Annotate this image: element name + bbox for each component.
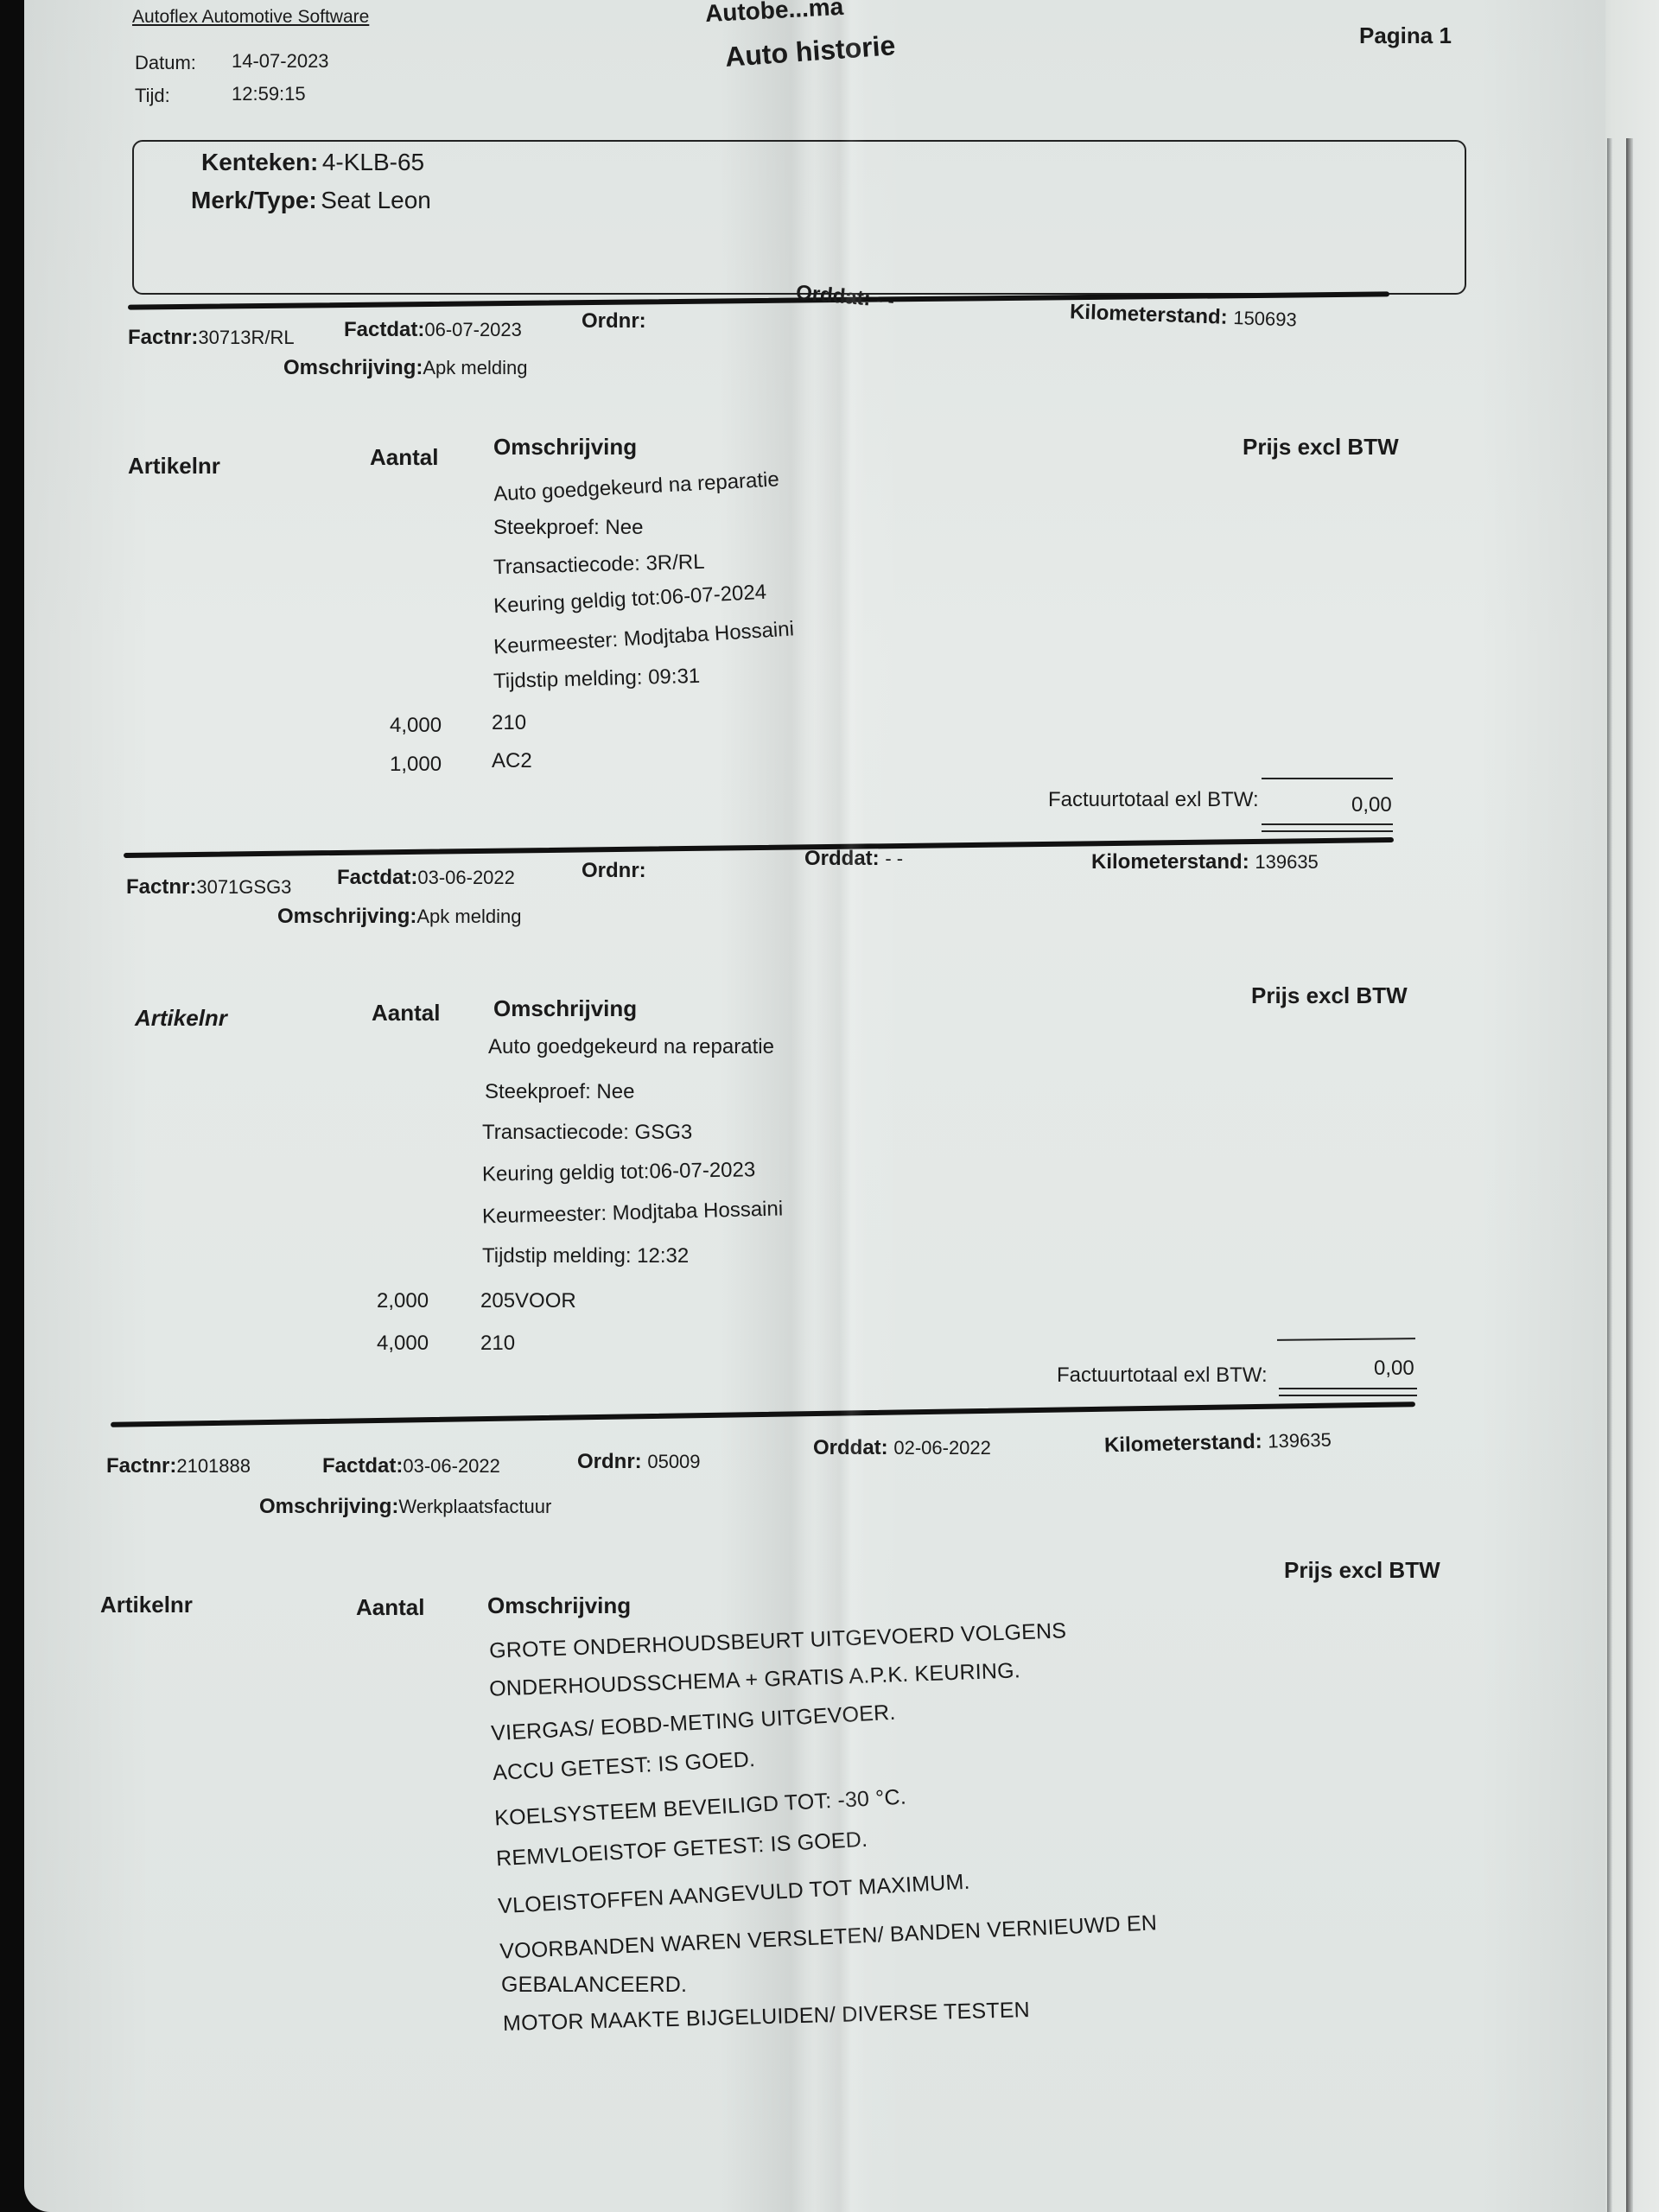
col-aantal: Aantal	[356, 1594, 424, 1621]
kenteken-label: Kenteken:	[201, 149, 318, 175]
description-line: Keuring geldig tot:06-07-2023	[482, 1158, 756, 1187]
description-line: Auto goedgekeurd na reparatie	[493, 467, 779, 506]
factnr-value: 3071GSG3	[196, 876, 291, 898]
item-omschrijving: 210	[492, 711, 526, 735]
paper-edge	[1626, 138, 1633, 2212]
total-double-line	[1262, 830, 1393, 832]
factuurtotaal-value: 0,00	[1374, 1357, 1414, 1381]
kilometerstand-label: Kilometerstand:	[1091, 850, 1249, 874]
page-number: Pagina 1	[1359, 22, 1452, 49]
subtotal-line	[1277, 1338, 1415, 1341]
factdat-value: 06-07-2023	[424, 319, 522, 340]
ordnr-field: Ordnr: 05009	[577, 1450, 701, 1474]
factnr-field: Factnr:2101888	[106, 1454, 251, 1478]
omschrijving-label: Omschrijving:	[283, 356, 423, 379]
merktype-row: Merk/Type: Seat Leon	[191, 187, 431, 214]
tijd-value: 12:59:15	[232, 83, 306, 105]
col-artikelnr: Artikelnr	[128, 453, 220, 480]
omschrijving-label: Omschrijving:	[259, 1495, 398, 1518]
total-double-line	[1279, 1395, 1417, 1396]
subtotal-line	[1262, 778, 1393, 779]
kilometerstand-label: Kilometerstand:	[1104, 1430, 1262, 1458]
factdat-label: Factdat:	[322, 1454, 403, 1478]
description-line: Auto goedgekeurd na reparatie	[488, 1035, 774, 1059]
description-line: VLOEISTOFFEN AANGEVULD TOT MAXIMUM.	[498, 1870, 971, 1920]
ordnr-label: Ordnr:	[582, 309, 646, 334]
report-title: Auto historie	[724, 29, 896, 73]
item-omschrijving: AC2	[492, 749, 532, 773]
merktype-value: Seat Leon	[321, 187, 431, 213]
description-line: Keuring geldig tot:06-07-2024	[493, 581, 766, 620]
description-line: Transactiecode: GSG3	[482, 1121, 692, 1145]
col-omschrijving: Omschrijving	[493, 434, 637, 461]
omschrijving-value: Apk melding	[423, 357, 527, 378]
kilometerstand-value: 139635	[1268, 1429, 1332, 1452]
description-line: REMVLOEISTOF GETEST: IS GOED.	[496, 1827, 868, 1872]
factdat-label: Factdat:	[344, 318, 424, 341]
factdat-field: Factdat:06-07-2023	[344, 318, 522, 342]
description-line: Tijdstip melding: 09:31	[493, 664, 701, 694]
factnr-label: Factnr:	[128, 326, 198, 349]
omschrijving-label: Omschrijving:	[277, 905, 416, 928]
omschrijving-value: Werkplaatsfactuur	[398, 1496, 551, 1517]
description-line: MOTOR MAAKTE BIJGELUIDEN/ DIVERSE TESTEN	[503, 1998, 1031, 2037]
section-divider	[111, 1402, 1415, 1427]
total-double-line	[1279, 1388, 1417, 1389]
description-line: ONDERHOUDSSCHEMA + GRATIS A.P.K. KEURING…	[489, 1658, 1021, 1701]
item-aantal: 1,000	[390, 753, 442, 777]
orddat-label: Orddat:	[813, 1436, 888, 1459]
factnr-value: 30713R/RL	[198, 327, 294, 348]
kenteken-value: 4-KLB-65	[322, 149, 424, 175]
factnr-label: Factnr:	[106, 1454, 176, 1478]
factnr-field: Factnr:3071GSG3	[126, 875, 291, 899]
kilometerstand-value: 150693	[1233, 307, 1297, 331]
item-aantal: 4,000	[377, 1332, 429, 1356]
description-line: Steekproef: Nee	[485, 1080, 634, 1104]
item-aantal: 2,000	[377, 1289, 429, 1313]
paper-edge	[1607, 138, 1612, 2212]
kilometerstand-label: Kilometerstand:	[1070, 300, 1229, 328]
company-name: Autoflex Automotive Software	[132, 7, 369, 28]
ordnr-label: Ordnr:	[577, 1450, 642, 1473]
col-aantal: Aantal	[370, 444, 438, 471]
factdat-field: Factdat:03-06-2022	[337, 866, 515, 890]
factdat-value: 03-06-2022	[403, 1455, 500, 1477]
description-line: Steekproef: Nee	[493, 516, 643, 540]
kilometerstand-field: Kilometerstand: 139635	[1091, 850, 1319, 874]
factnr-field: Factnr:30713R/RL	[128, 326, 295, 350]
factuurtotaal-label: Factuurtotaal exl BTW:	[1048, 788, 1259, 812]
tijd-label: Tijd:	[135, 85, 170, 107]
factdat-field: Factdat:03-06-2022	[322, 1454, 500, 1478]
description-line: KOELSYSTEEM BEVEILIGD TOT: -30 °C.	[494, 1785, 907, 1832]
merktype-label: Merk/Type:	[191, 187, 317, 213]
factdat-label: Factdat:	[337, 866, 417, 889]
kilometerstand-value: 139635	[1255, 851, 1318, 873]
col-prijs: Prijs excl BTW	[1251, 982, 1408, 1009]
description-line: GROTE ONDERHOUDSBEURT UITGEVOERD VOLGENS	[489, 1618, 1067, 1663]
factdat-value: 03-06-2022	[417, 867, 515, 888]
col-prijs: Prijs excl BTW	[1243, 434, 1399, 461]
item-aantal: 4,000	[390, 714, 442, 738]
factuurtotaal-label: Factuurtotaal exl BTW:	[1057, 1363, 1268, 1388]
total-double-line	[1262, 823, 1393, 825]
factnr-label: Factnr:	[126, 875, 196, 899]
report-title-partial: Autobe...ma	[704, 0, 844, 28]
ordnr-label: Ordnr:	[582, 859, 646, 883]
col-prijs: Prijs excl BTW	[1284, 1557, 1440, 1584]
ordnr-value: 05009	[647, 1451, 700, 1472]
description-line: Tijdstip melding: 12:32	[482, 1244, 689, 1268]
omschrijving-field: Omschrijving:Apk melding	[283, 356, 527, 380]
col-artikelnr: Artikelnr	[100, 1592, 193, 1618]
description-line: ACCU GETEST: IS GOED.	[492, 1747, 755, 1786]
orddat-field: Orddat: 02-06-2022	[813, 1436, 991, 1460]
description-line: GEBALANCEERD.	[501, 1973, 687, 1998]
description-line: VIERGAS/ EOBD-METING UITGEVOER.	[491, 1700, 897, 1746]
description-line: Keurmeester: Modjtaba Hossaini	[482, 1197, 784, 1229]
orddat-value: - -	[885, 848, 903, 869]
datum-label: Datum:	[135, 52, 196, 74]
omschrijving-value: Apk melding	[416, 906, 521, 927]
item-omschrijving: 205VOOR	[480, 1289, 576, 1313]
col-aantal: Aantal	[372, 1000, 440, 1027]
description-line: VOORBANDEN WAREN VERSLETEN/ BANDEN VERNI…	[499, 1910, 1158, 1964]
omschrijving-field: Omschrijving:Apk melding	[277, 905, 521, 929]
description-line: Keurmeester: Modjtaba Hossaini	[493, 617, 794, 659]
omschrijving-field: Omschrijving:Werkplaatsfactuur	[259, 1495, 551, 1519]
factnr-value: 2101888	[176, 1455, 251, 1477]
kenteken-row: Kenteken: 4-KLB-65	[201, 149, 424, 176]
col-omschrijving: Omschrijving	[487, 1592, 631, 1619]
orddat-field: Orddat: - -	[804, 847, 903, 871]
kilometerstand-field: Kilometerstand: 150693	[1070, 300, 1298, 332]
kilometerstand-field: Kilometerstand: 139635	[1104, 1428, 1332, 1459]
document-page: Autoflex Automotive Software Datum: 14-0…	[24, 0, 1605, 2212]
col-artikelnr: Artikelnr	[135, 1005, 227, 1032]
datum-value: 14-07-2023	[232, 50, 329, 73]
orddat-value: - -	[875, 289, 895, 312]
orddat-label: Orddat:	[804, 847, 880, 870]
item-omschrijving: 210	[480, 1332, 515, 1356]
orddat-value: 02-06-2022	[893, 1437, 991, 1459]
description-line: Transactiecode: 3R/RL	[493, 550, 705, 580]
col-omschrijving: Omschrijving	[493, 995, 637, 1022]
factuurtotaal-value: 0,00	[1351, 793, 1392, 817]
